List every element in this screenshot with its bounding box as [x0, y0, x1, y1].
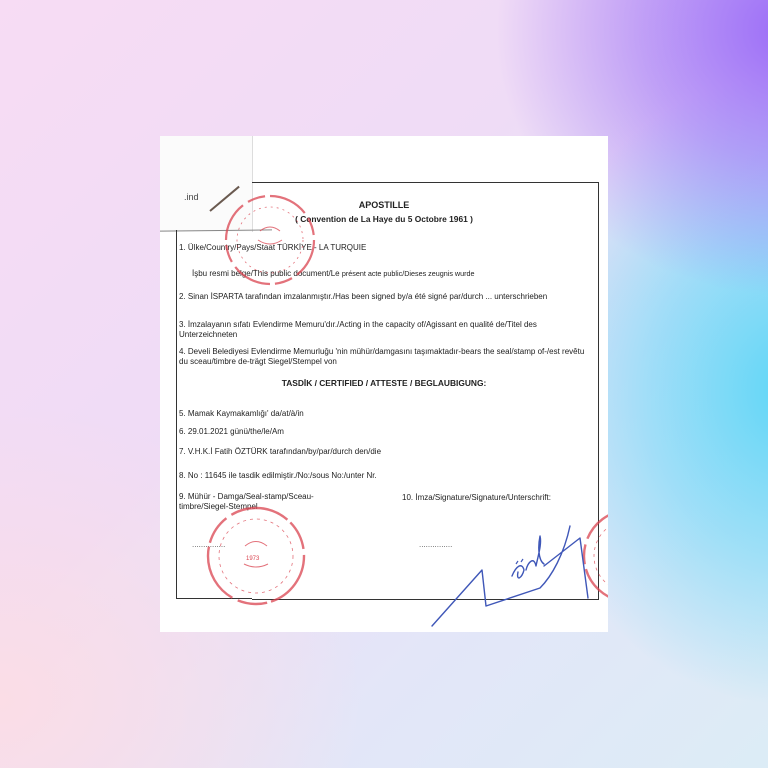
- certified-heading: TASDİK / CERTIFIED / ATTESTE / BEGLAUBIG…: [160, 378, 608, 388]
- item-capacity: 3. İmzalayanın sıfatı Evlendirme Memuru'…: [179, 320, 591, 340]
- document-title: APOSTILLE: [160, 200, 608, 210]
- item-seal-stamp: 9. Mühür - Damga/Seal-stamp/Sceau-timbre…: [179, 492, 329, 512]
- item-signed-by: 2. Sinan İSPARTA tarafından imzalanmıştı…: [179, 292, 591, 302]
- apostille-document: .ind APOSTILLE ( Convention de La Haye d…: [160, 136, 608, 632]
- signature-placeholder: ...............: [419, 540, 452, 549]
- document-subtitle: ( Convention de La Haye du 5 Octobre 196…: [160, 214, 608, 224]
- item-date: 6. 29.01.2021 günü/the/le/Am: [179, 427, 284, 437]
- item-country: 1. Ülke/Country/Pays/Staat TÜRKİYE - LA …: [179, 243, 366, 253]
- item-signature-label: 10. İmza/Signature/Signature/Unterschrif…: [402, 493, 551, 503]
- item-seal-of: 4. Develi Belediyesi Evlendirme Memurluğ…: [179, 347, 591, 367]
- document-frame-left: [176, 230, 177, 598]
- item-intro: İşbu resmi belge/This public document/Le…: [192, 269, 475, 279]
- item-number: 8. No : 11645 ile tasdik edilmiştir./No:…: [179, 471, 377, 481]
- seal-placeholder: ...............: [192, 540, 225, 549]
- item-place: 5. Mamak Kaymakamlığı' da/at/à/in: [179, 409, 304, 419]
- item-certified-by: 7. V.H.K.İ Fatih ÖZTÜRK tarafından/by/pa…: [179, 447, 381, 457]
